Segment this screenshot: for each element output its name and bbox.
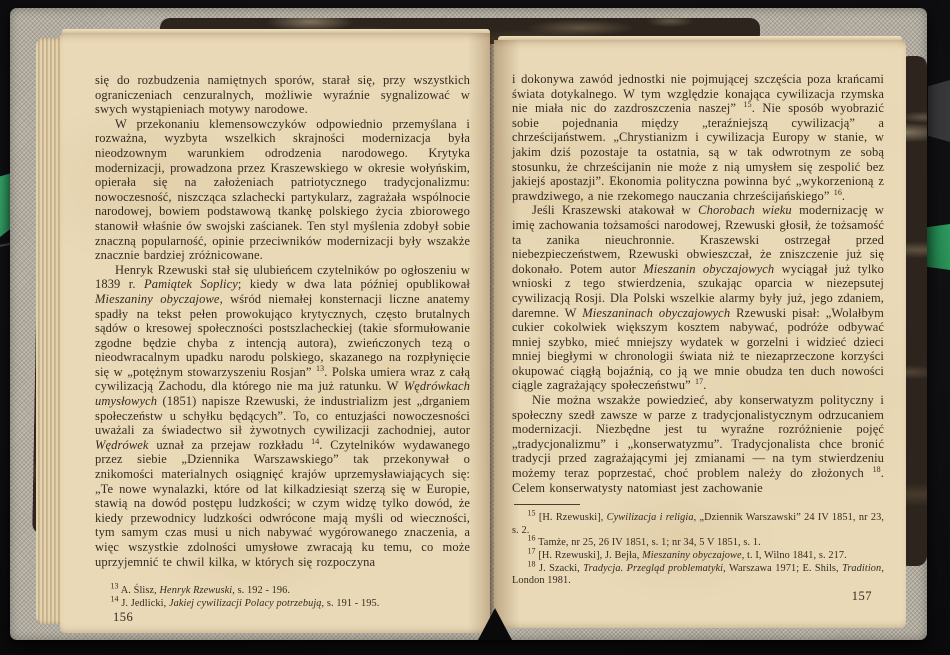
paragraph: i dokonywa zawód jednostki nie pojmujące… [512, 72, 884, 203]
page-number-left: 156 [95, 610, 470, 633]
left-page-footnotes: 13 A. Ślisz, Henryk Rzewuski, s. 192 - 1… [95, 585, 470, 610]
right-page: i dokonywa zawód jednostki nie pojmujące… [494, 40, 906, 628]
paragraph: 17 [H. Rzewuski], J. Bejła, Mieszaniny o… [512, 550, 884, 563]
page-number-right: 157 [512, 589, 884, 614]
paragraph: 18 J. Szacki, Tradycja. Przegląd problem… [512, 563, 884, 588]
green-ribbon-right [924, 224, 950, 270]
footnote-rule [514, 504, 580, 505]
paragraph: Henryk Rzewuski stał się ulubieńcem czyt… [95, 263, 470, 569]
paragraph: Jeśli Kraszewski atakował w Chorobach wi… [512, 203, 884, 393]
paragraph: W przekonaniu klemensowczyków odpowiedni… [95, 117, 470, 263]
paragraph: się do rozbudzenia namiętnych sporów, st… [95, 73, 470, 117]
paragraph: Nie można wszakże powiedzieć, aby konser… [512, 393, 884, 495]
paragraph: 16 Tamże, nr 25, 26 IV 1851, s. 1; nr 34… [512, 537, 884, 550]
paragraph: 14 J. Jedlicki, Jakiej cywilizacji Polac… [95, 598, 470, 611]
right-page-body: i dokonywa zawód jednostki nie pojmujące… [512, 72, 884, 495]
background-object [928, 80, 950, 142]
left-page: się do rozbudzenia namiętnych sporów, st… [60, 33, 490, 633]
left-page-body: się do rozbudzenia namiętnych sporów, st… [95, 73, 470, 569]
paragraph: 13 A. Ślisz, Henryk Rzewuski, s. 192 - 1… [95, 585, 470, 598]
right-page-footnotes: 15 [H. Rzewuski], Cywilizacja i religia,… [512, 512, 884, 588]
paragraph: 15 [H. Rzewuski], Cywilizacja i religia,… [512, 512, 884, 537]
photo-background: { "colors": { "background": "#0c0c0e", "… [0, 0, 950, 655]
